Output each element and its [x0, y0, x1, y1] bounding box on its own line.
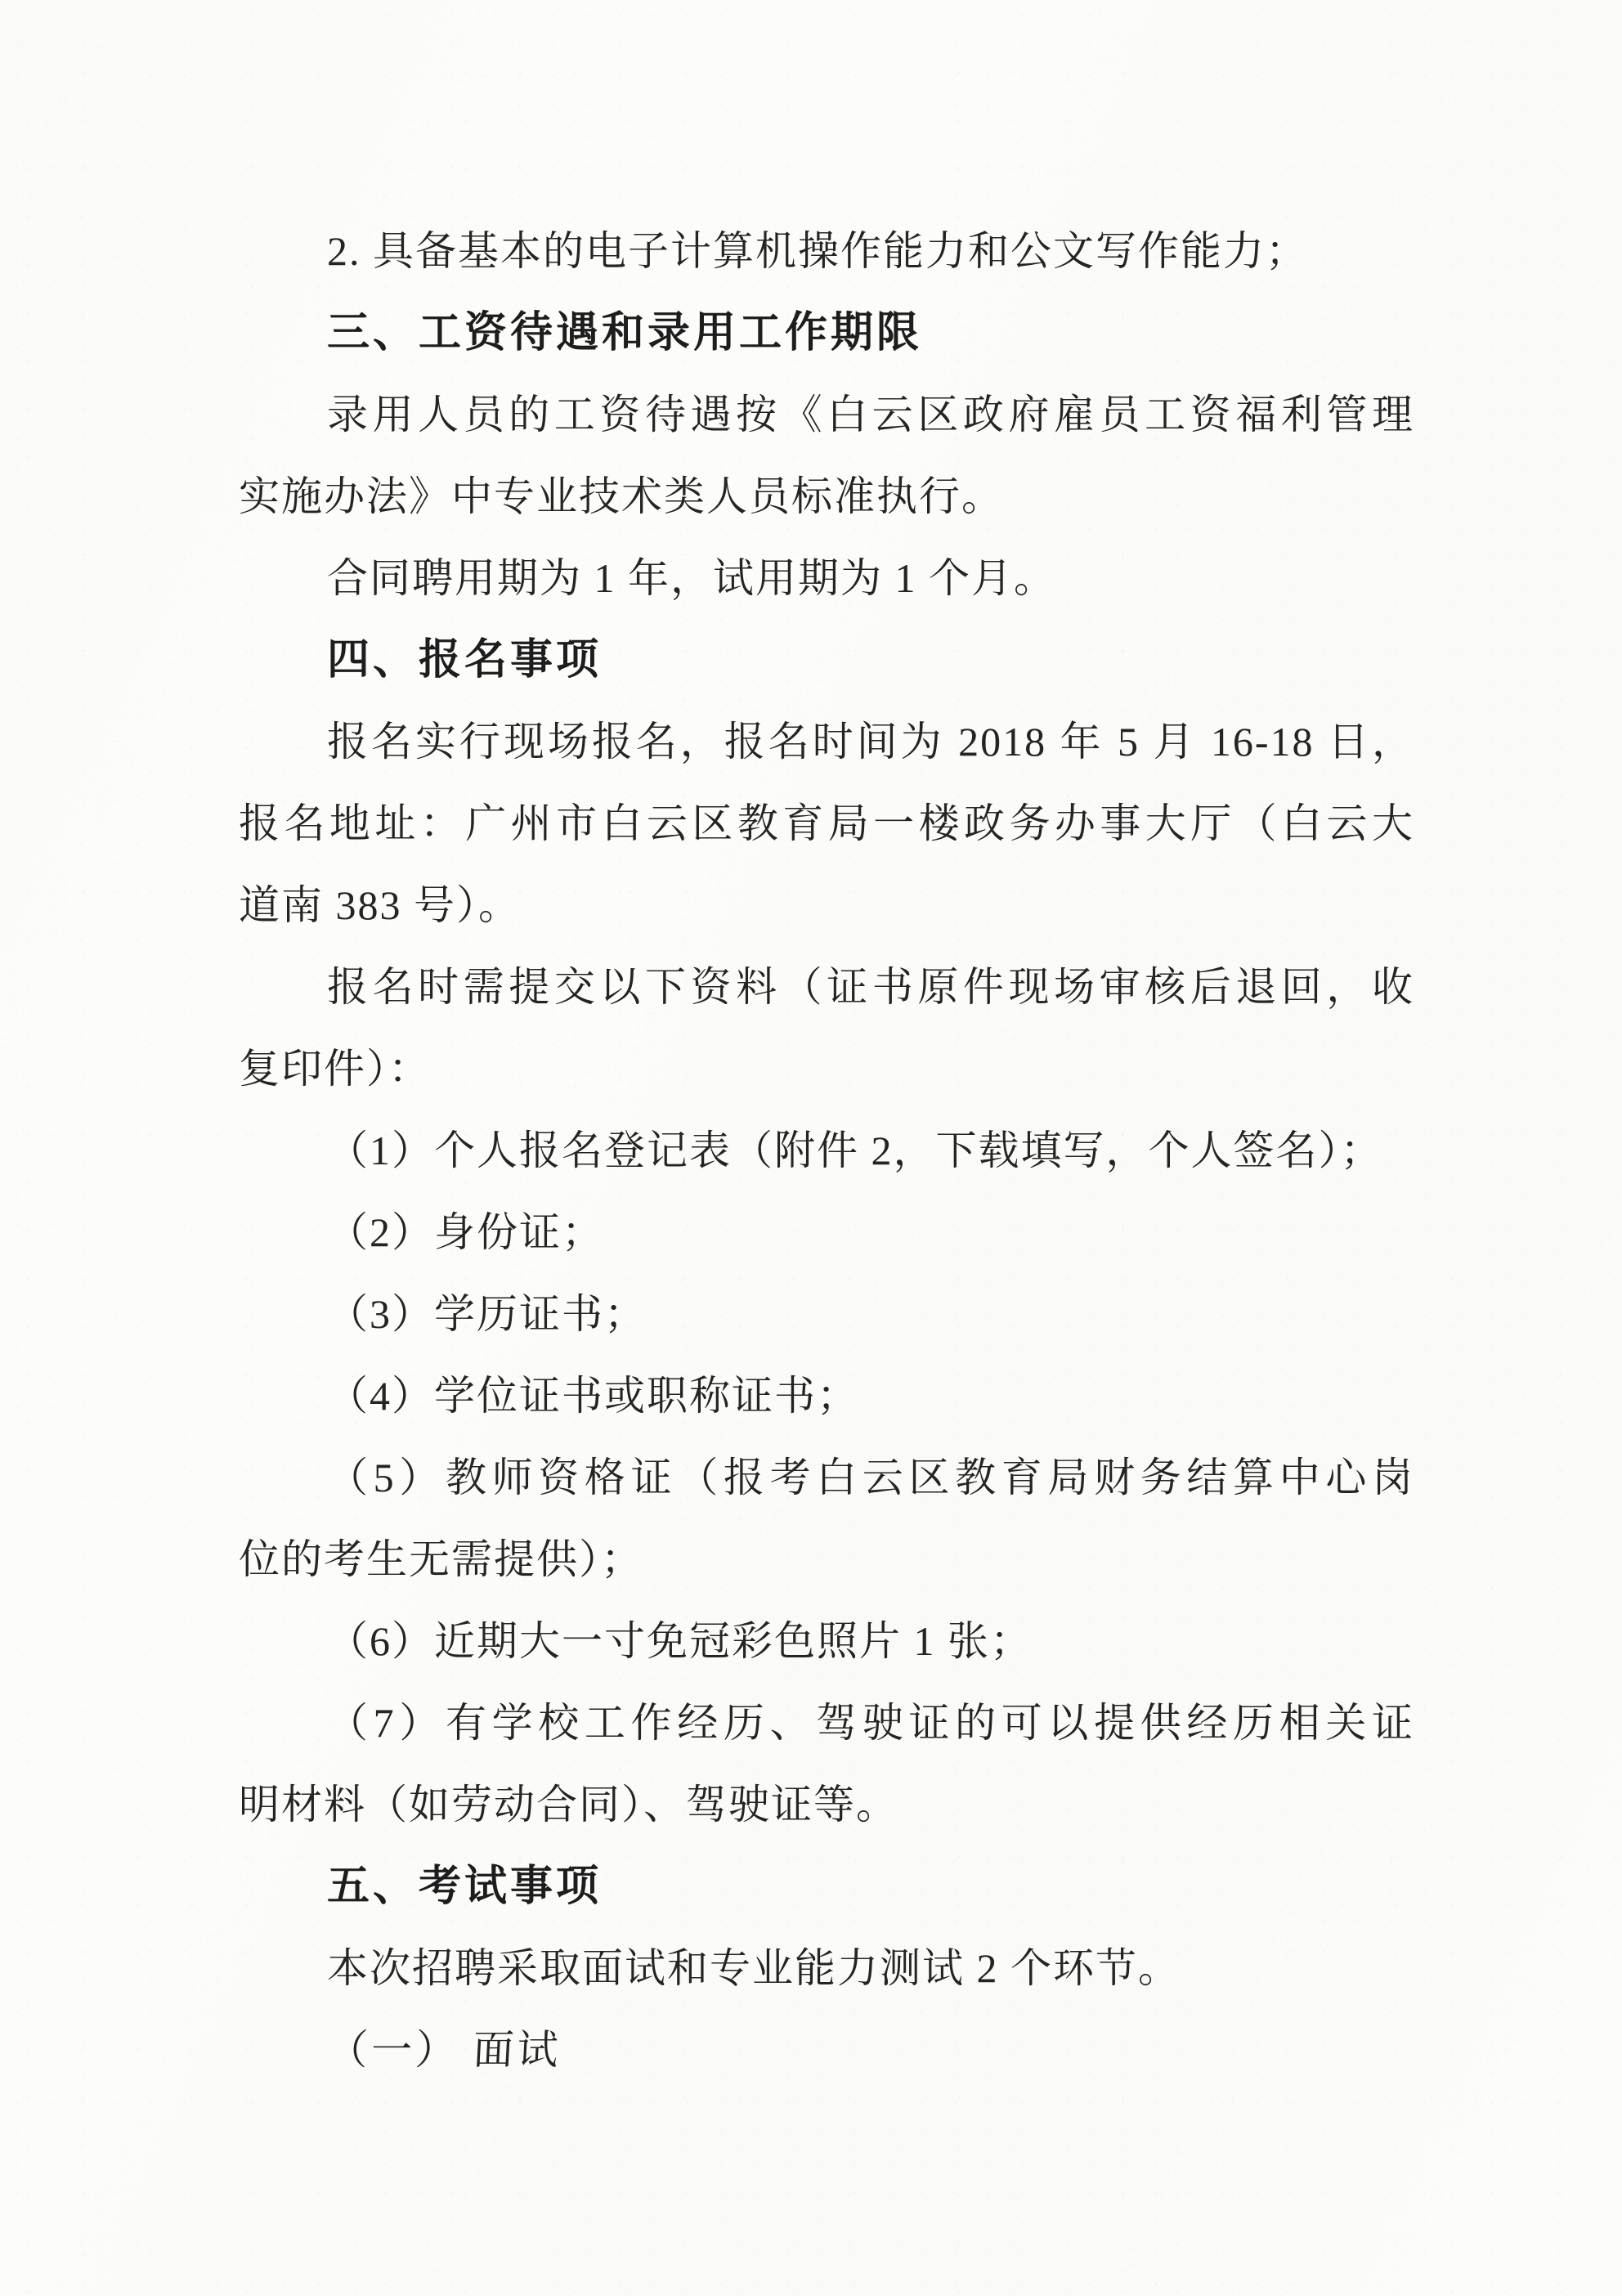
section-heading: 三、工资待遇和录用工作期限: [239, 292, 1414, 374]
text-line: 报名时需提交以下资料（证书原件现场审核后退回，收: [239, 946, 1414, 1028]
text-line: 位的考生无需提供）；: [239, 1518, 1414, 1600]
text-line: 报名实行现场报名，报名时间为 2018 年 5 月 16-18 日，: [239, 701, 1414, 783]
document-text-block: 2. 具备基本的电子计算机操作能力和公文写作能力； 三、工资待遇和录用工作期限 …: [239, 210, 1414, 2091]
section-heading: 四、报名事项: [239, 619, 1414, 701]
sub-heading: （一） 面试: [236, 2009, 1416, 2091]
list-item: （7）有学校工作经历、驾驶证的可以提供经历相关证: [239, 1682, 1414, 1764]
list-item: （6）近期大一寸免冠彩色照片 1 张；: [239, 1600, 1414, 1682]
text-line: 合同聘用期为 1 年，试用期为 1 个月。: [239, 537, 1414, 619]
list-item: （3）学历证书；: [239, 1273, 1414, 1355]
list-item: （1）个人报名登记表（附件 2，下载填写，个人签名）；: [239, 1110, 1414, 1191]
text-line: 2. 具备基本的电子计算机操作能力和公文写作能力；: [239, 210, 1414, 292]
text-line: 本次招聘采取面试和专业能力测试 2 个环节。: [239, 1927, 1414, 2009]
list-item: （4）学位证书或职称证书；: [239, 1355, 1414, 1437]
text-line: 明材料（如劳动合同）、驾驶证等。: [239, 1764, 1414, 1845]
text-line: 报名地址：广州市白云区教育局一楼政务办事大厅（白云大: [239, 783, 1414, 864]
text-line: 道南 383 号）。: [239, 864, 1414, 946]
list-item: （2）身份证；: [239, 1191, 1414, 1273]
text-line: 复印件）：: [239, 1028, 1414, 1110]
list-item: （5）教师资格证（报考白云区教育局财务结算中心岗: [239, 1437, 1414, 1518]
text-line: 实施办法》中专业技术类人员标准执行。: [239, 455, 1414, 537]
text-line: 录用人员的工资待遇按《白云区政府雇员工资福利管理: [239, 374, 1414, 455]
scanned-document-page: { "page": { "background_color": "#fcfcfa…: [0, 0, 1622, 2296]
section-heading: 五、考试事项: [239, 1845, 1414, 1927]
